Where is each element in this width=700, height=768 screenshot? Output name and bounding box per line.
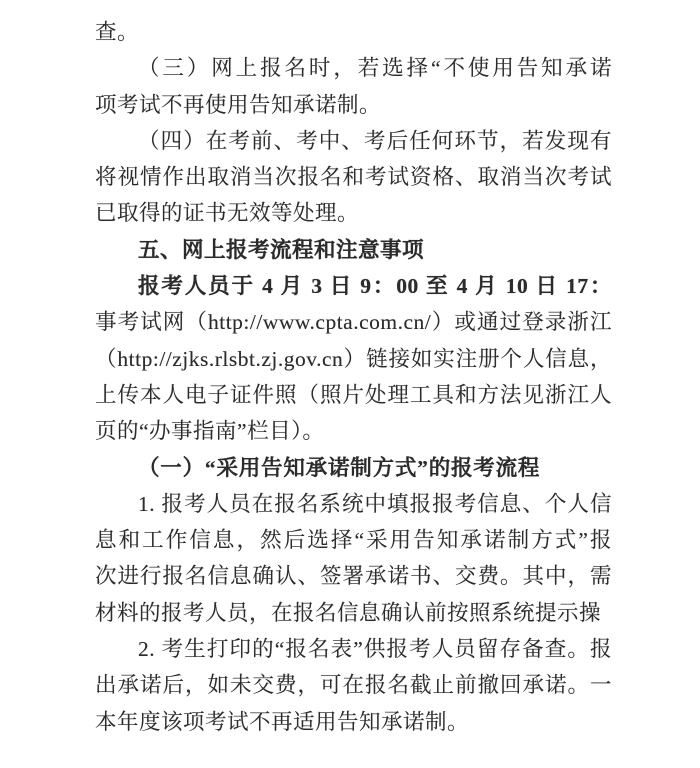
clause-4-line-2: 将视情作出取消当次报名和考试资格、取消当次考试全部成绩、 <box>95 159 612 195</box>
step-2-line-2: 出承诺后，如未交费，可在报名截止前撤回承诺。一旦撤回承诺， <box>95 667 612 703</box>
step-1-line-4: 材料的报考人员，在报名信息确认前按照系统提示操作即可。 <box>95 595 612 631</box>
clause-4-line-3: 已取得的证书无效等处理。 <box>95 195 612 231</box>
section-5-heading: 五、网上报考流程和注意事项 <box>95 232 612 268</box>
registration-intro-line-5: 页的“办事指南”栏目）。 <box>95 413 612 449</box>
clause-4-line-1: （四）在考前、考中、考后任何环节，若发现有不实承诺的， <box>95 123 612 159</box>
step-1-line-2: 息和工作信息，然后选择“采用告知承诺制方式”报考。随后依 <box>95 522 612 558</box>
step-1-line-1: 1. 报考人员在报名系统中填报报考信息、个人信息、教育信 <box>95 486 612 522</box>
clause-3-line-1: （三）网上报名时，若选择“不使用告知承诺制”，本年度该 <box>95 50 612 86</box>
registration-intro-line-3: （http://zjks.rlsbt.zj.gov.cn）链接如实注册个人信息，… <box>95 341 612 377</box>
registration-time-line: 报考人员于 4 月 3 日 9：00 至 4 月 10 日 17：00，登录中国… <box>95 268 612 304</box>
clause-3-line-2: 项考试不再使用告知承诺制。 <box>95 87 612 123</box>
step-2-line-3: 本年度该项考试不再适用告知承诺制。 <box>95 704 612 740</box>
registration-intro-line-2: 事考试网（http://www.cpta.com.cn/）或通过登录浙江人事考试… <box>95 304 612 340</box>
subsection-1-heading: （一）“采用告知承诺制方式”的报考流程 <box>95 450 612 486</box>
registration-intro-line-4: 上传本人电子证件照（照片处理工具和方法见浙江人事考试网首 <box>95 377 612 413</box>
step-1-line-3: 次进行报名信息确认、签署承诺书、交费。其中，需要上传相关 <box>95 558 612 594</box>
document-text-block: 查。 （三）网上报名时，若选择“不使用告知承诺制”，本年度该 项考试不再使用告知… <box>95 14 612 740</box>
scanned-document-page: 查。 （三）网上报名时，若选择“不使用告知承诺制”，本年度该 项考试不再使用告知… <box>0 0 700 768</box>
step-2-line-1: 2. 考生打印的“报名表”供报考人员留存备查。报考人员作 <box>95 631 612 667</box>
paragraph-tail: 查。 <box>95 14 612 50</box>
